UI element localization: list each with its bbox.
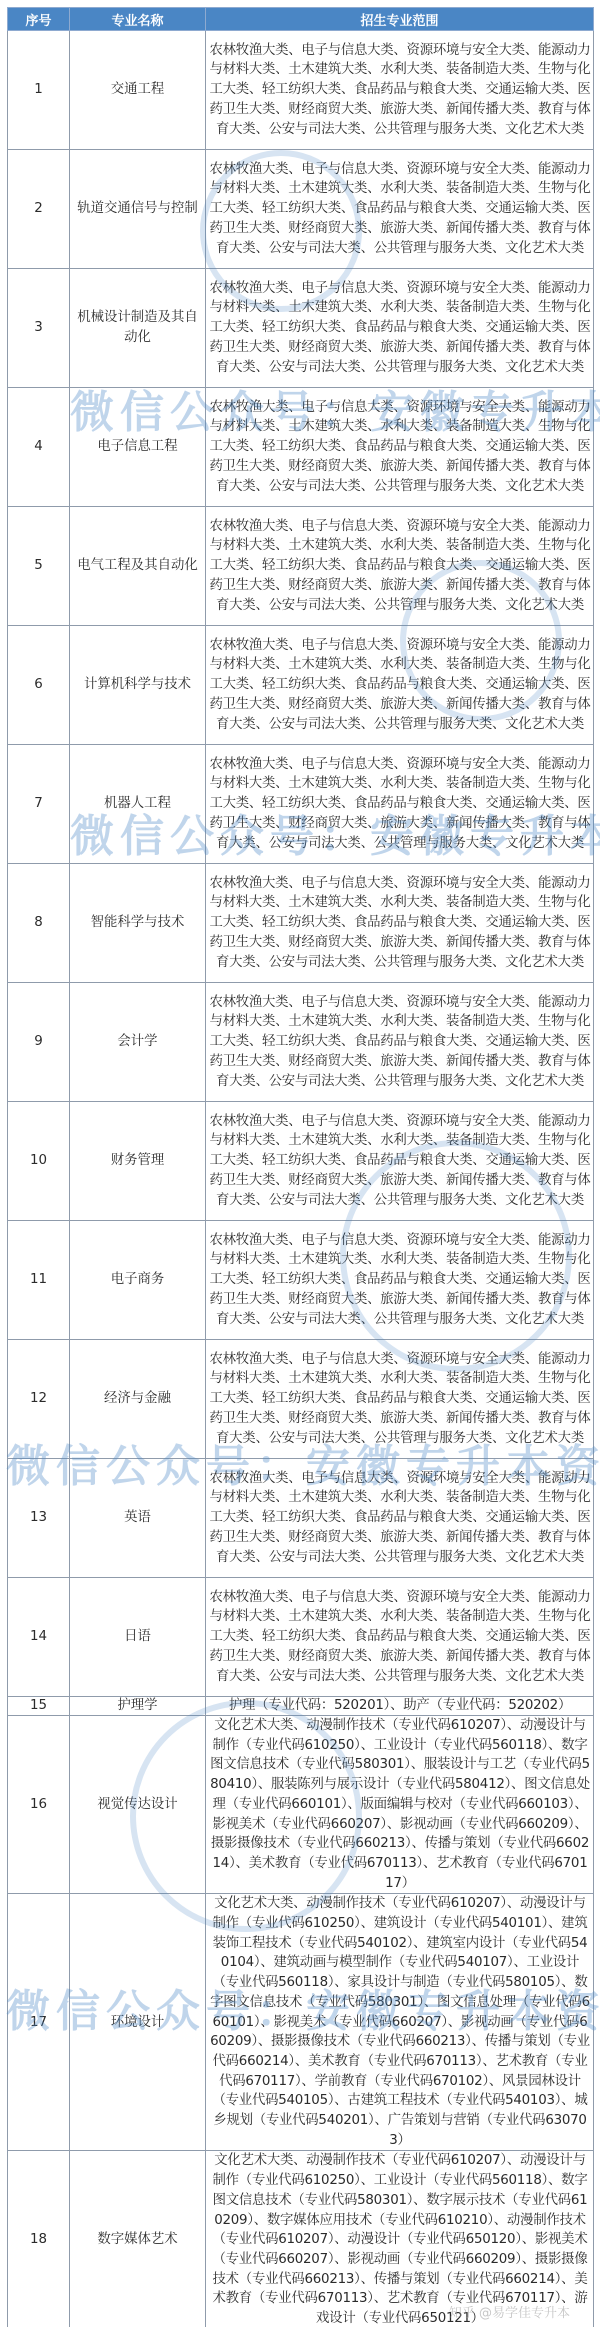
row-scope: 农林牧渔大类、电子与信息大类、资源环境与安全大类、能源动力与材料大类、土木建筑大… [206, 150, 594, 269]
row-scope: 文化艺术大类、动漫制作技术（专业代码610207）、动漫设计与制作（专业代码61… [206, 1894, 594, 2151]
row-major: 电气工程及其自动化 [70, 507, 206, 626]
row-index: 2 [8, 150, 70, 269]
row-major: 经济与金融 [70, 1340, 206, 1459]
row-scope: 农林牧渔大类、电子与信息大类、资源环境与安全大类、能源动力与材料大类、土木建筑大… [206, 745, 594, 864]
table-row: 1 交通工程 农林牧渔大类、电子与信息大类、资源环境与安全大类、能源动力与材料大… [8, 31, 594, 150]
row-major: 交通工程 [70, 31, 206, 150]
table-row: 4 电子信息工程 农林牧渔大类、电子与信息大类、资源环境与安全大类、能源动力与材… [8, 388, 594, 507]
row-scope: 农林牧渔大类、电子与信息大类、资源环境与安全大类、能源动力与材料大类、土木建筑大… [206, 1459, 594, 1578]
row-index: 17 [8, 1894, 70, 2151]
table-row: 7 机器人工程 农林牧渔大类、电子与信息大类、资源环境与安全大类、能源动力与材料… [8, 745, 594, 864]
row-index: 3 [8, 269, 70, 388]
row-scope: 护理（专业代码：520201）、助产（专业代码：520202） [206, 1697, 594, 1716]
table-header-row: 序号 专业名称 招生专业范围 [8, 8, 594, 31]
row-major: 数字媒体艺术 [70, 2151, 206, 2327]
table-row: 9 会计学 农林牧渔大类、电子与信息大类、资源环境与安全大类、能源动力与材料大类… [8, 983, 594, 1102]
row-scope: 农林牧渔大类、电子与信息大类、资源环境与安全大类、能源动力与材料大类、土木建筑大… [206, 1102, 594, 1221]
row-index: 9 [8, 983, 70, 1102]
admission-scope-table-container: 序号 专业名称 招生专业范围 1 交通工程 农林牧渔大类、电子与信息大类、资源环… [7, 7, 593, 2327]
row-major: 智能科学与技术 [70, 864, 206, 983]
row-scope: 农林牧渔大类、电子与信息大类、资源环境与安全大类、能源动力与材料大类、土木建筑大… [206, 1340, 594, 1459]
table-row: 17 环境设计 文化艺术大类、动漫制作技术（专业代码610207）、动漫设计与制… [8, 1894, 594, 2151]
table-row: 13 英语 农林牧渔大类、电子与信息大类、资源环境与安全大类、能源动力与材料大类… [8, 1459, 594, 1578]
row-scope: 文化艺术大类、动漫制作技术（专业代码610207）、动漫设计与制作（专业代码61… [206, 2151, 594, 2327]
row-major: 视觉传达设计 [70, 1716, 206, 1894]
table-row: 5 电气工程及其自动化 农林牧渔大类、电子与信息大类、资源环境与安全大类、能源动… [8, 507, 594, 626]
row-index: 15 [8, 1697, 70, 1716]
table-row: 16 视觉传达设计 文化艺术大类、动漫制作技术（专业代码610207）、动漫设计… [8, 1716, 594, 1894]
row-major: 英语 [70, 1459, 206, 1578]
row-major: 电子商务 [70, 1221, 206, 1340]
row-major: 财务管理 [70, 1102, 206, 1221]
row-major: 环境设计 [70, 1894, 206, 2151]
row-scope: 农林牧渔大类、电子与信息大类、资源环境与安全大类、能源动力与材料大类、土木建筑大… [206, 507, 594, 626]
header-major-name: 专业名称 [70, 8, 206, 31]
row-index: 7 [8, 745, 70, 864]
row-index: 1 [8, 31, 70, 150]
table-row: 10 财务管理 农林牧渔大类、电子与信息大类、资源环境与安全大类、能源动力与材料… [8, 1102, 594, 1221]
row-index: 10 [8, 1102, 70, 1221]
row-scope: 农林牧渔大类、电子与信息大类、资源环境与安全大类、能源动力与材料大类、土木建筑大… [206, 1221, 594, 1340]
row-index: 12 [8, 1340, 70, 1459]
row-major: 日语 [70, 1578, 206, 1697]
header-index: 序号 [8, 8, 70, 31]
table-row: 11 电子商务 农林牧渔大类、电子与信息大类、资源环境与安全大类、能源动力与材料… [8, 1221, 594, 1340]
row-index: 18 [8, 2151, 70, 2327]
table-row: 3 机械设计制造及其自动化 农林牧渔大类、电子与信息大类、资源环境与安全大类、能… [8, 269, 594, 388]
row-scope: 农林牧渔大类、电子与信息大类、资源环境与安全大类、能源动力与材料大类、土木建筑大… [206, 864, 594, 983]
row-scope: 文化艺术大类、动漫制作技术（专业代码610207）、动漫设计与制作（专业代码61… [206, 1716, 594, 1894]
row-major: 机械设计制造及其自动化 [70, 269, 206, 388]
table-row: 12 经济与金融 农林牧渔大类、电子与信息大类、资源环境与安全大类、能源动力与材… [8, 1340, 594, 1459]
row-index: 6 [8, 626, 70, 745]
table-row: 14 日语 农林牧渔大类、电子与信息大类、资源环境与安全大类、能源动力与材料大类… [8, 1578, 594, 1697]
row-major: 计算机科学与技术 [70, 626, 206, 745]
header-admission-scope: 招生专业范围 [206, 8, 594, 31]
row-major: 机器人工程 [70, 745, 206, 864]
row-index: 4 [8, 388, 70, 507]
table-row: 6 计算机科学与技术 农林牧渔大类、电子与信息大类、资源环境与安全大类、能源动力… [8, 626, 594, 745]
table-row: 18 数字媒体艺术 文化艺术大类、动漫制作技术（专业代码610207）、动漫设计… [8, 2151, 594, 2327]
row-index: 14 [8, 1578, 70, 1697]
row-scope: 农林牧渔大类、电子与信息大类、资源环境与安全大类、能源动力与材料大类、土木建筑大… [206, 388, 594, 507]
row-index: 13 [8, 1459, 70, 1578]
table-row: 8 智能科学与技术 农林牧渔大类、电子与信息大类、资源环境与安全大类、能源动力与… [8, 864, 594, 983]
row-major: 会计学 [70, 983, 206, 1102]
row-index: 5 [8, 507, 70, 626]
row-scope: 农林牧渔大类、电子与信息大类、资源环境与安全大类、能源动力与材料大类、土木建筑大… [206, 983, 594, 1102]
table-row: 2 轨道交通信号与控制 农林牧渔大类、电子与信息大类、资源环境与安全大类、能源动… [8, 150, 594, 269]
row-index: 11 [8, 1221, 70, 1340]
row-index: 16 [8, 1716, 70, 1894]
row-major: 护理学 [70, 1697, 206, 1716]
table-row: 15 护理学 护理（专业代码：520201）、助产（专业代码：520202） [8, 1697, 594, 1716]
row-scope: 农林牧渔大类、电子与信息大类、资源环境与安全大类、能源动力与材料大类、土木建筑大… [206, 31, 594, 150]
row-scope: 农林牧渔大类、电子与信息大类、资源环境与安全大类、能源动力与材料大类、土木建筑大… [206, 269, 594, 388]
row-major: 轨道交通信号与控制 [70, 150, 206, 269]
row-index: 8 [8, 864, 70, 983]
row-major: 电子信息工程 [70, 388, 206, 507]
admission-scope-table: 序号 专业名称 招生专业范围 1 交通工程 农林牧渔大类、电子与信息大类、资源环… [7, 7, 594, 2327]
row-scope: 农林牧渔大类、电子与信息大类、资源环境与安全大类、能源动力与材料大类、土木建筑大… [206, 626, 594, 745]
row-scope: 农林牧渔大类、电子与信息大类、资源环境与安全大类、能源动力与材料大类、土木建筑大… [206, 1578, 594, 1697]
